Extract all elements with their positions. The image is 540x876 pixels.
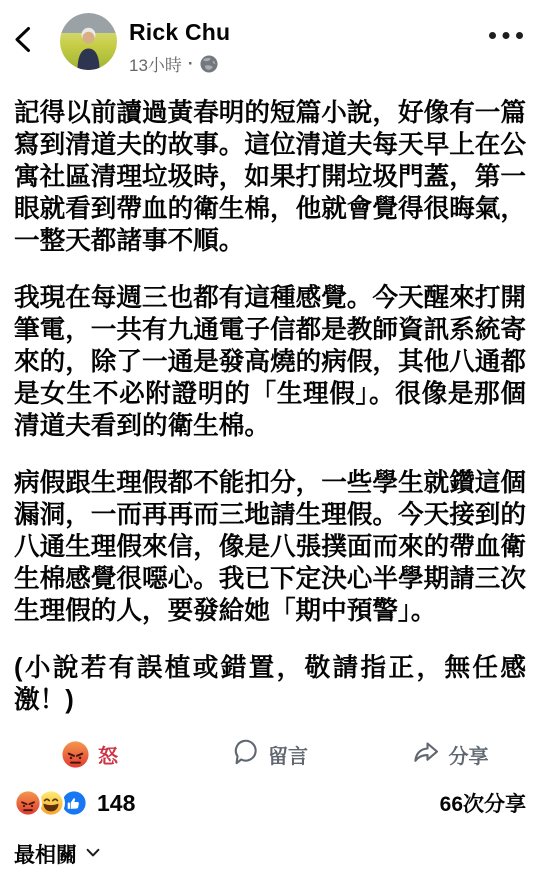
- action-bar: 怒 留言 分享: [0, 732, 540, 776]
- timestamp: 13小時: [129, 51, 182, 76]
- globe-icon: [200, 55, 218, 73]
- reaction-pile: [14, 789, 88, 817]
- author-name[interactable]: Rick Chu: [129, 20, 480, 45]
- share-button[interactable]: 分享: [360, 739, 540, 770]
- share-arrow-icon: [412, 739, 440, 770]
- share-count[interactable]: 66次分享: [440, 788, 526, 818]
- ellipsis-icon: [488, 27, 524, 44]
- more-options-button[interactable]: [480, 13, 526, 53]
- meta-separator: ·: [188, 54, 194, 74]
- chevron-left-icon: [14, 26, 31, 58]
- post-header: Rick Chu 13小時 ·: [0, 0, 540, 70]
- angry-reaction-icon: [62, 741, 89, 768]
- avatar[interactable]: [60, 13, 117, 70]
- back-button[interactable]: [14, 13, 40, 70]
- reaction-count: 148: [97, 790, 135, 817]
- post-meta: 13小時 ·: [129, 51, 480, 76]
- post-paragraph: (小說若有誤植或錯置，敬請指正，無任感激！): [14, 652, 526, 716]
- author-block: Rick Chu 13小時 ·: [129, 13, 480, 76]
- sort-label: 最相關: [14, 839, 77, 869]
- share-label: 分享: [449, 740, 489, 769]
- comments-sort-dropdown[interactable]: 最相關: [0, 839, 540, 869]
- reaction-summary[interactable]: 148: [14, 789, 135, 817]
- post-paragraph: 病假跟生理假都不能扣分，一些學生就鑽這個漏洞，一而再再而三地請生理假。今天接到的…: [14, 467, 526, 627]
- angry-reaction-button[interactable]: 怒: [0, 740, 180, 769]
- post-body: 記得以前讀過黃春明的短篇小說，好像有一篇寫到清道夫的故事。這位清道夫每天早上在公…: [0, 97, 540, 716]
- angry-icon: [14, 789, 42, 817]
- angry-reaction-label: 怒: [98, 740, 118, 769]
- chevron-down-icon: [86, 845, 100, 863]
- comment-bubble-icon: [232, 738, 259, 770]
- comment-label: 留言: [268, 740, 308, 769]
- post-paragraph: 我現在每週三也都有這種感覺。今天醒來打開筆電，一共有九通電子信都是教師資訊系統寄…: [14, 282, 526, 442]
- post-paragraph: 記得以前讀過黃春明的短篇小說，好像有一篇寫到清道夫的故事。這位清道夫每天早上在公…: [14, 97, 526, 257]
- stats-row: 148 66次分享: [0, 788, 540, 818]
- comment-button[interactable]: 留言: [180, 738, 360, 770]
